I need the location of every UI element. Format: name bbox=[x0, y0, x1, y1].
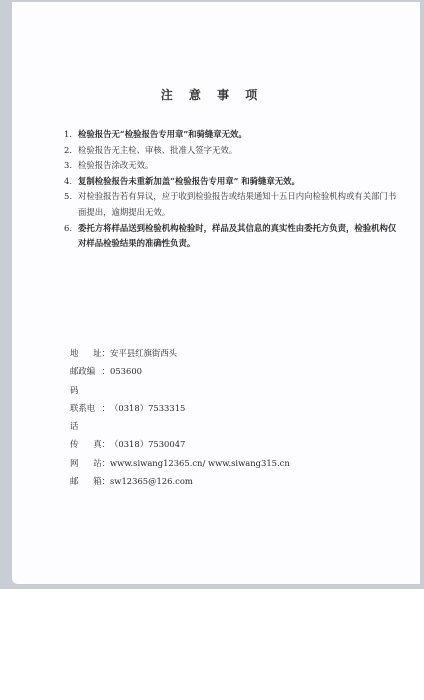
contact-email: 邮箱： sw12365@126.com bbox=[70, 472, 290, 490]
page-title: 注 意 事 项 bbox=[0, 86, 424, 103]
note-item: 1. 检验报告无“检验报告专用章”和骑缝章无效。 bbox=[64, 127, 404, 143]
note-item: 6. 委托方将样品送到检验机构检验时，样品及其信息的真实性由委托方负责，检验机构… bbox=[64, 221, 404, 252]
contact-phone: 联系电话： （0318）7533315 bbox=[70, 399, 290, 436]
note-item: 2. 检验报告无主检、审核、批准人签字无效。 bbox=[64, 143, 404, 159]
notes-list: 1. 检验报告无“检验报告专用章”和骑缝章无效。 2. 检验报告无主检、审核、批… bbox=[64, 127, 404, 252]
contact-fax: 传真： （0318）7530047 bbox=[70, 435, 290, 453]
contact-postcode: 邮政编码： 053600 bbox=[70, 362, 290, 399]
note-item: 5. 对检验报告若有异议，应于收到检验报告或结果通知十五日内向检验机构或有关部门… bbox=[64, 189, 404, 220]
contact-website: 网站： www.siwang12365.cn/ www.siwang315.cn bbox=[70, 454, 290, 472]
contact-address: 地址： 安平县红旗街西头 bbox=[70, 344, 290, 362]
note-item: 4. 复制检验报告未重新加盖“检验报告专用章” 和骑缝章无效。 bbox=[64, 174, 404, 190]
contact-info: 地址： 安平县红旗街西头 邮政编码： 053600 联系电话： （0318）75… bbox=[70, 344, 290, 490]
note-item: 3. 检验报告涂改无效。 bbox=[64, 158, 404, 174]
